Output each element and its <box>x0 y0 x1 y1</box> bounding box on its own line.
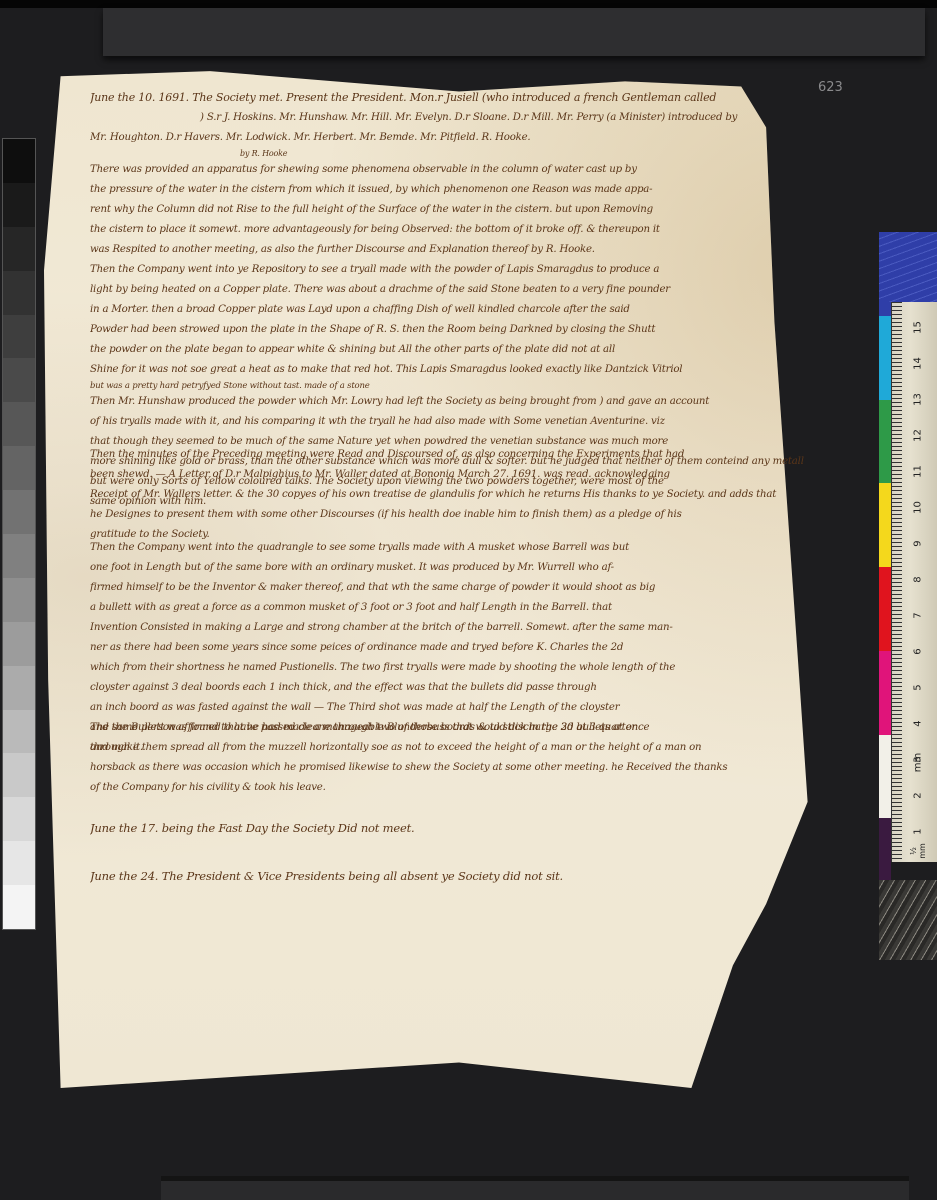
ruler-number: 8 <box>913 568 924 592</box>
gray-step <box>3 797 35 841</box>
gray-step <box>3 710 35 754</box>
blue-calibration-patch <box>879 232 937 302</box>
text-line: June the 17. being the Fast Day the Soci… <box>90 818 870 838</box>
text-line: the powder on the plate began to appear … <box>90 340 870 360</box>
gray-step <box>3 622 35 666</box>
text-line: Then the minutes of the Preceding meetin… <box>90 445 870 465</box>
ruler-number: 6 <box>913 640 924 664</box>
texture-calibration-patch <box>879 880 937 960</box>
text-line: an inch boord as was fasted against the … <box>90 698 870 718</box>
ruler-number: 12 <box>913 424 924 448</box>
gray-step <box>3 534 35 578</box>
ruler-unit-label: mm <box>913 751 924 775</box>
text-line: the pressure of the water in the cistern… <box>90 180 870 200</box>
ruler-number: 7 <box>913 604 924 628</box>
measurement-scale: 151413121110987654321 mm ½ mm <box>891 302 937 862</box>
color-patch-strip <box>879 232 891 902</box>
text-line: June the 24. The President & Vice Presid… <box>90 866 870 886</box>
ruler-number: 14 <box>913 352 924 376</box>
ruler-number: 5 <box>913 676 924 700</box>
text-line: Shine for it was not soe great a heat as… <box>90 360 870 380</box>
text-line: which from their shortness he named Pust… <box>90 658 870 678</box>
ruler-half-mm-label: ½ mm <box>909 839 927 863</box>
gray-step <box>3 490 35 534</box>
insertion-note: by R. Hooke <box>90 148 870 160</box>
text-line: horsback as there was occasion which he … <box>90 758 870 778</box>
text-line: and make them spread all from the muzzel… <box>90 738 870 758</box>
grayscale-wedge <box>2 138 36 930</box>
color-patch <box>879 735 891 819</box>
color-patch <box>879 651 891 735</box>
entry-june-17: June the 17. being the Fast Day the Soci… <box>90 818 870 838</box>
color-calibration-ruler: 151413121110987654321 mm ½ mm <box>879 232 937 902</box>
color-patch <box>879 483 891 567</box>
top-border <box>0 0 937 8</box>
ruler-number: 11 <box>913 460 924 484</box>
text-line: firmed himself to be the Inventor & make… <box>90 578 870 598</box>
entry-june-24: June the 24. The President & Vice Presid… <box>90 866 870 886</box>
gray-step <box>3 753 35 797</box>
gray-step <box>3 841 35 885</box>
text-line: Then the Company went into ye Repository… <box>90 260 870 280</box>
text-line: Then the Company went into the quadrangl… <box>90 538 870 558</box>
entry-blunderbuss: The same person affirmed that he had mad… <box>90 718 870 798</box>
mounting-board-top <box>103 8 925 56</box>
mounting-board-bottom <box>161 1176 909 1200</box>
gray-step <box>3 446 35 490</box>
text-line: he Designes to present them with some ot… <box>90 505 870 525</box>
text-line: been shewd. — A Letter of D.r Malpighius… <box>90 465 870 485</box>
ruler-number: 9 <box>913 532 924 556</box>
gray-step <box>3 227 35 271</box>
gray-step <box>3 885 35 929</box>
text-line: but was a pretty hard petryfyed Stone wi… <box>90 380 870 392</box>
gray-step <box>3 578 35 622</box>
text-line: The same person affirmed that he had mad… <box>90 718 870 738</box>
text-line: Then Mr. Hunshaw produced the powder whi… <box>90 392 870 412</box>
gray-step <box>3 271 35 315</box>
color-patch <box>879 567 891 651</box>
ruler-number: 15 <box>913 316 924 340</box>
text-line: Powder had been strowed upon the plate i… <box>90 320 870 340</box>
text-line: There was provided an apparatus for shew… <box>90 160 870 180</box>
ruler-number: 13 <box>913 388 924 412</box>
gray-step <box>3 402 35 446</box>
text-line: of the Company for his civility & took h… <box>90 778 870 798</box>
gray-step <box>3 183 35 227</box>
color-patch <box>879 316 891 400</box>
attendees-line: Mr. Houghton. D.r Havers. Mr. Lodwick. M… <box>90 128 870 148</box>
text-line: rent why the Column did not Rise to the … <box>90 200 870 220</box>
gray-step <box>3 139 35 183</box>
text-line: ner as there had been some years since s… <box>90 638 870 658</box>
gray-step <box>3 315 35 359</box>
entry-heading: June the 10. 1691. The Society met. Pres… <box>90 88 870 108</box>
ruler-number: 4 <box>913 712 924 736</box>
text-line: the cistern to place it somewt. more adv… <box>90 220 870 240</box>
ruler-ticks <box>892 302 902 862</box>
ruler-number: 2 <box>913 784 924 808</box>
color-patch <box>879 400 891 484</box>
text-line: Receipt of Mr. Wallers letter. & the 30 … <box>90 485 870 505</box>
text-line: a bullett with as great a force as a com… <box>90 598 870 618</box>
entry-malpighi-letter: Then the minutes of the Preceding meetin… <box>90 445 870 545</box>
gray-step <box>3 666 35 710</box>
text-line: cloyster against 3 deal boords each 1 in… <box>90 678 870 698</box>
ruler-number: 10 <box>913 496 924 520</box>
text-line: was Respited to another meeting, as also… <box>90 240 870 260</box>
text-line: light by being heated on a Copper plate.… <box>90 280 870 300</box>
text-line: Invention Consisted in making a Large an… <box>90 618 870 638</box>
text-line: one foot in Length but of the same bore … <box>90 558 870 578</box>
attendees-line: ) S.r J. Hoskins. Mr. Hunshaw. Mr. Hill.… <box>90 108 870 128</box>
text-line: of his tryalls made with it, and his com… <box>90 412 870 432</box>
gray-step <box>3 358 35 402</box>
text-line: in a Morter. then a broad Copper plate w… <box>90 300 870 320</box>
